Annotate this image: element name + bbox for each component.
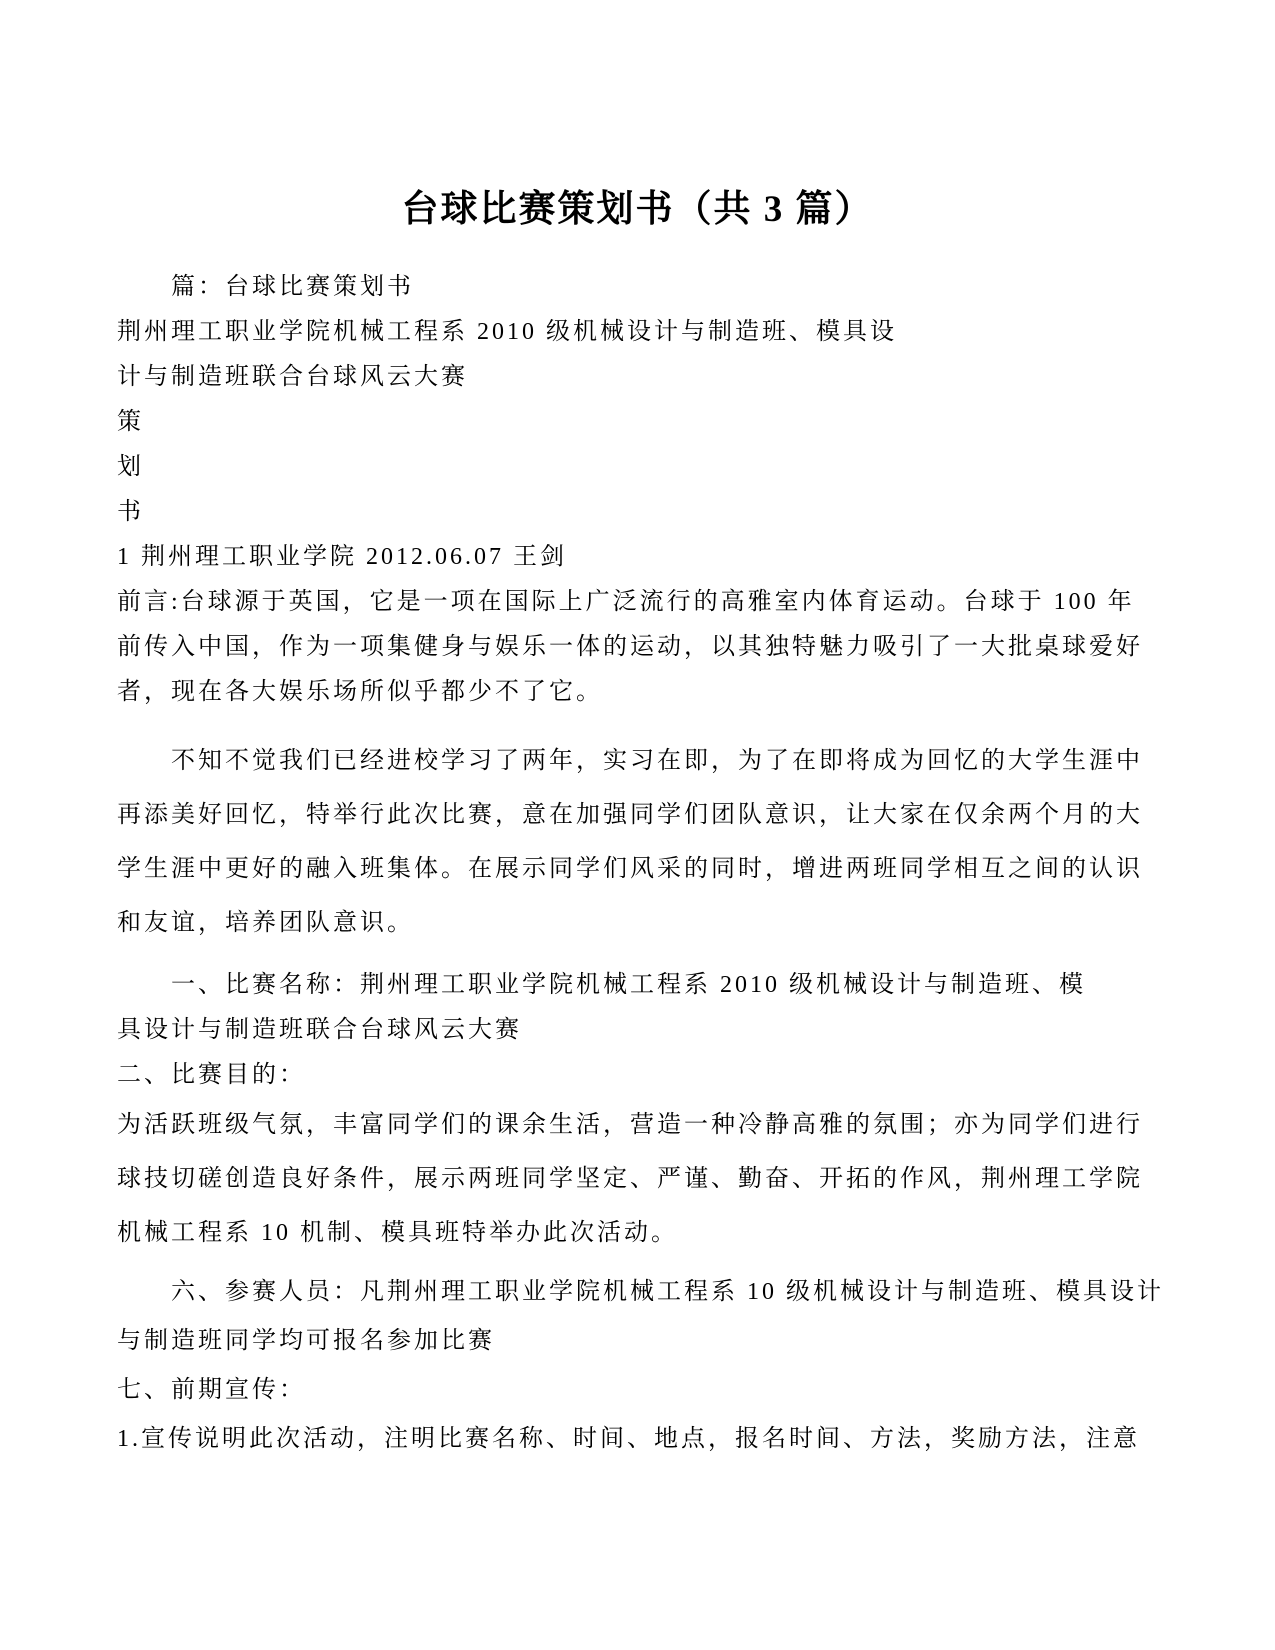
paragraph-competition-name: 一、比赛名称：荆州理工职业学院机械工程系 2010 级机械设计与制造班、模 具设… [117,963,1162,1098]
text-line: 1 荆州理工职业学院 2012.06.07 王剑 [117,535,1162,580]
document-page: 台球比赛策划书（共 3 篇） 篇：台球比赛策划书 荆州理工职业学院机械工程系 2… [0,0,1275,1650]
text-line: 策 [117,400,1162,445]
text-line: 六、参赛人员：凡荆州理工职业学院机械工程系 10 级机械设计与制造班、模具设计 [117,1268,1162,1317]
paragraph-intro: 篇：台球比赛策划书 荆州理工职业学院机械工程系 2010 级机械设计与制造班、模… [117,265,1162,715]
text-line: 荆州理工职业学院机械工程系 2010 级机械设计与制造班、模具设 [117,310,1162,355]
text-line: 前传入中国，作为一项集健身与娱乐一体的运动，以其独特魅力吸引了一大批桌球爱好 [117,625,1162,670]
text-line: 篇：台球比赛策划书 [117,265,1162,310]
text-line: 为活跃班级气氛，丰富同学们的课余生活，营造一种冷静高雅的氛围；亦为同学们进行 [117,1098,1162,1152]
text-line: 计与制造班联合台球风云大赛 [117,355,1162,400]
text-line: 不知不觉我们已经进校学习了两年，实习在即，为了在即将成为回忆的大学生涯中 [117,734,1162,788]
text-line: 前言:台球源于英国，它是一项在国际上广泛流行的高雅室内体育运动。台球于 100 … [117,580,1162,625]
text-line: 学生涯中更好的融入班集体。在展示同学们风采的同时，增进两班同学相互之间的认识 [117,842,1162,896]
text-line: 一、比赛名称：荆州理工职业学院机械工程系 2010 级机械设计与制造班、模 [117,963,1162,1008]
text-line: 书 [117,490,1162,535]
document-body: 篇：台球比赛策划书 荆州理工职业学院机械工程系 2010 级机械设计与制造班、模… [117,265,1162,1464]
text-line: 1.宣传说明此次活动，注明比赛名称、时间、地点，报名时间、方法，奖励方法，注意 [117,1415,1162,1464]
text-line: 与制造班同学均可报名参加比赛 [117,1317,1162,1366]
text-line: 具设计与制造班联合台球风云大赛 [117,1008,1162,1053]
text-line: 机械工程系 10 机制、模具班特举办此次活动。 [117,1206,1162,1260]
paragraph-background: 不知不觉我们已经进校学习了两年，实习在即，为了在即将成为回忆的大学生涯中 再添美… [117,734,1162,950]
paragraph-participants-publicity: 六、参赛人员：凡荆州理工职业学院机械工程系 10 级机械设计与制造班、模具设计 … [117,1268,1162,1464]
text-line: 者，现在各大娱乐场所似乎都少不了它。 [117,670,1162,715]
text-line: 划 [117,445,1162,490]
paragraph-competition-purpose: 为活跃班级气氛，丰富同学们的课余生活，营造一种冷静高雅的氛围；亦为同学们进行 球… [117,1098,1162,1260]
document-title: 台球比赛策划书（共 3 篇） [0,184,1275,236]
text-line: 再添美好回忆，特举行此次比赛，意在加强同学们团队意识，让大家在仅余两个月的大 [117,788,1162,842]
text-line: 二、比赛目的： [117,1053,1162,1098]
text-line: 和友谊，培养团队意识。 [117,896,1162,950]
text-line: 七、前期宣传： [117,1366,1162,1415]
text-line: 球技切磋创造良好条件，展示两班同学坚定、严谨、勤奋、开拓的作风，荆州理工学院 [117,1152,1162,1206]
